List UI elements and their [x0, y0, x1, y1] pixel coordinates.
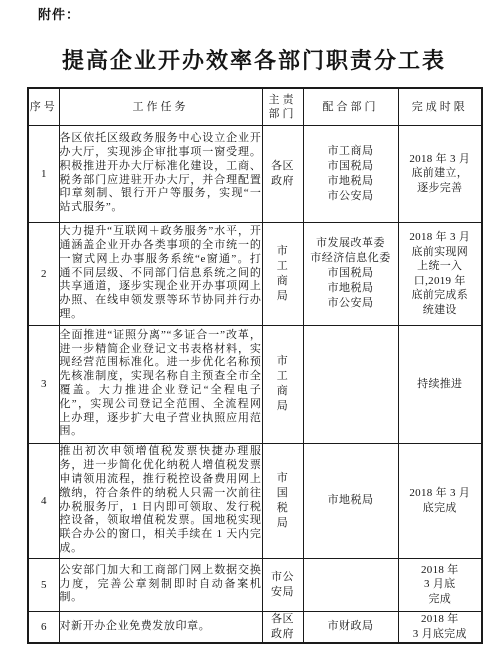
- cell-lead-dept: 各区 政府: [262, 125, 303, 222]
- attachment-label: 附件：: [38, 4, 80, 23]
- cell-deadline: 2018 年 3 月 底完成: [398, 443, 482, 558]
- cell-lead-dept: 市 国 税 局: [262, 443, 303, 558]
- cell-no: 2: [28, 222, 59, 325]
- table-row: 6 对新开办企业免费发放印章。 各区 政府 市财政局 2018 年 3 月底完成: [28, 611, 482, 643]
- cell-lead-dept: 各区 政府: [262, 611, 303, 643]
- col-header-no: 序号: [28, 88, 59, 125]
- col-header-lead-dept: 主责 部门: [262, 88, 303, 125]
- cell-no: 1: [28, 125, 59, 222]
- cell-deadline: 2018 年 3 月 底前建立， 逐步完善: [398, 125, 482, 222]
- document-title: 提高企业开办效率各部门职责分工表: [27, 44, 481, 75]
- table-row: 4 推出初次申领增值税发票快捷办理服务，进一步简化优化纳税人增值税发票申请领用流…: [28, 443, 482, 558]
- col-header-task: 工作任务: [59, 88, 262, 125]
- cell-deadline: 持续推进: [398, 325, 482, 443]
- cell-no: 4: [28, 443, 59, 558]
- cell-lead-dept: 市 工 商 局: [262, 325, 303, 443]
- cell-no: 6: [28, 611, 59, 643]
- col-header-support-dept: 配合部门: [303, 88, 398, 125]
- document-page: 附件： 提高企业开办效率各部门职责分工表 序号 工作任务 主责 部门 配合部门 …: [0, 0, 487, 655]
- cell-lead-dept: 市公 安局: [262, 558, 303, 611]
- cell-deadline: 2018 年 3 月底完成: [398, 611, 482, 643]
- cell-no: 3: [28, 325, 59, 443]
- table-row: 1 各区依托区级政务服务中心设立企业开办大厅，实现涉企审批事项一窗受理。积极推进…: [28, 125, 482, 222]
- cell-task: 全面推进“证照分离”“多证合一”改革，进一步精简企业登记文书表格材料，实现经营范…: [59, 325, 262, 443]
- cell-support-dept: 市财政局: [303, 611, 398, 643]
- table-row: 2 大力提升“互联网＋政务服务”水平，开通涵盖企业开办各类事项的全市统一的一窗式…: [28, 222, 482, 325]
- cell-task: 各区依托区级政务服务中心设立企业开办大厅，实现涉企审批事项一窗受理。积极推进开办…: [59, 125, 262, 222]
- cell-lead-dept: 市 工 商 局: [262, 222, 303, 325]
- cell-task: 公安部门加大和工商部门网上数据交换力度，完善公章刻制即时自动备案机制。: [59, 558, 262, 611]
- cell-task: 对新开办企业免费发放印章。: [59, 611, 262, 643]
- cell-task: 推出初次申领增值税发票快捷办理服务，进一步简化优化纳税人增值税发票申请领用流程，…: [59, 443, 262, 558]
- cell-no: 5: [28, 558, 59, 611]
- table-header-row: 序号 工作任务 主责 部门 配合部门 完成时限: [28, 88, 482, 125]
- table-row: 3 全面推进“证照分离”“多证合一”改革，进一步精简企业登记文书表格材料，实现经…: [28, 325, 482, 443]
- table-row: 5 公安部门加大和工商部门网上数据交换力度，完善公章刻制即时自动备案机制。 市公…: [28, 558, 482, 611]
- responsibility-table: 序号 工作任务 主责 部门 配合部门 完成时限 1 各区依托区级政务服务中心设立…: [27, 87, 483, 644]
- cell-deadline: 2018 年 3 月底 完成: [398, 558, 482, 611]
- cell-support-dept: 市地税局: [303, 443, 398, 558]
- cell-support-dept: 市工商局 市国税局 市地税局 市公安局: [303, 125, 398, 222]
- cell-support-dept: 市发展改革委 市经济信息化委 市国税局 市地税局 市公安局: [303, 222, 398, 325]
- cell-support-dept: [303, 558, 398, 611]
- col-header-deadline: 完成时限: [398, 88, 482, 125]
- cell-support-dept: [303, 325, 398, 443]
- cell-task: 大力提升“互联网＋政务服务”水平，开通涵盖企业开办各类事项的全市统一的一窗式网上…: [59, 222, 262, 325]
- cell-deadline: 2018 年 3 月 底前实现网 上统一入 口,2019 年 底前完成系 统建设: [398, 222, 482, 325]
